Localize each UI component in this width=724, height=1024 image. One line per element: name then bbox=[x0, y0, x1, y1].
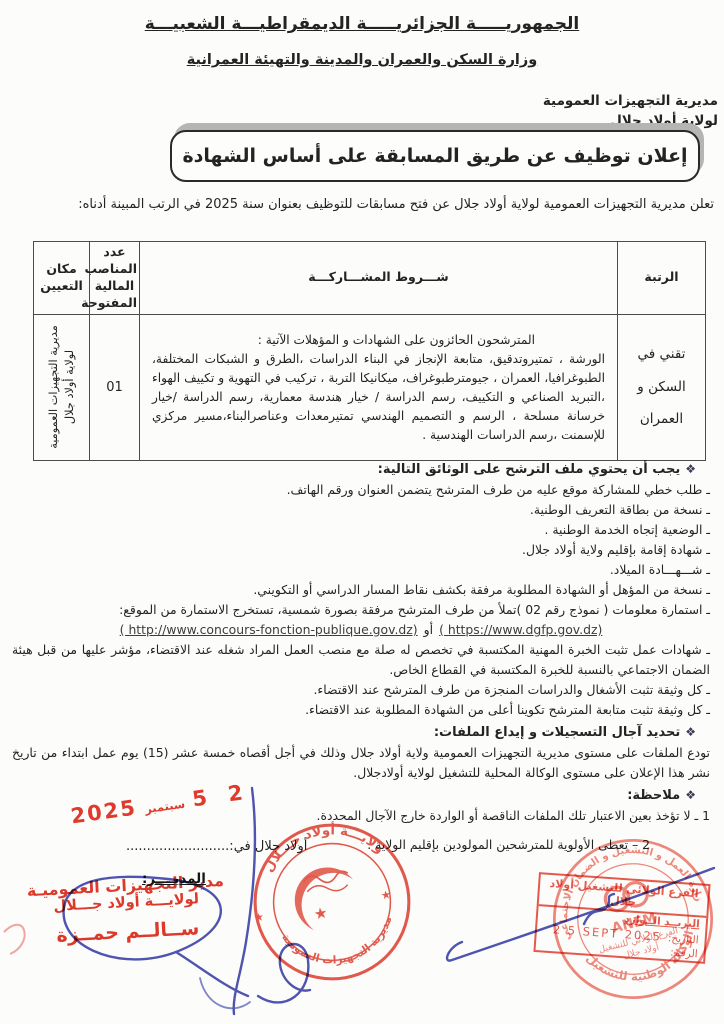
doc-item: ـ كل وثيقة تثبت متابعة المترشح تكوينا أع… bbox=[12, 700, 710, 720]
ministry-title: وزارة السكن والعمران والمدينة والتهيئة ا… bbox=[0, 52, 724, 68]
cell-rank: تقني في السكن و العمران bbox=[618, 314, 706, 460]
doc-item: ـ كل وثيقة تثبت الأشغال والدراسات المنجز… bbox=[12, 680, 710, 700]
header-positions-count: عدد المناصب المالية المفتوحة bbox=[90, 242, 140, 315]
doc-item: ـ طلب خطي للمشاركة موقع عليه من طرف المت… bbox=[12, 480, 710, 500]
announcement-box: إعلان توظيف عن طريق المسابقة على أساس ال… bbox=[170, 130, 700, 182]
doc-item: ـ نسخة من بطاقة التعريف الوطنية. bbox=[12, 500, 710, 520]
doc-item: ـ شهادات عمل تثبت الخبرة المهنية المكتسب… bbox=[12, 640, 710, 680]
star-icon: ★ bbox=[312, 903, 329, 923]
director-label: المديــــر: bbox=[142, 871, 206, 887]
doc-item: ـ شـــهـــادة الميلاد. bbox=[12, 560, 710, 580]
republic-title: الجمهوريـــــة الجزائريـــــة الديمقراطي… bbox=[0, 14, 724, 34]
announcement-title: إعلان توظيف عن طريق المسابقة على أساس ال… bbox=[182, 145, 687, 167]
url-line: ( https://www.dgfp.gov.dz)أو( http://www… bbox=[12, 620, 710, 640]
pen-stroke bbox=[200, 978, 250, 1008]
cell-conditions: المترشحون الحائزون على الشهادات و المؤهل… bbox=[140, 314, 618, 460]
mail-stamp-number-label: الرقم: bbox=[670, 946, 698, 960]
header-rank: الرتبة bbox=[618, 242, 706, 315]
stamp-directorate-arc-text: مديرية التجهيزات العمومية bbox=[278, 913, 401, 976]
doc-item: ـ الوضعية إتجاه الخدمة الوطنية . bbox=[12, 520, 710, 540]
url-separator: أو bbox=[424, 622, 433, 637]
signature-stamp-area: 2 5 سبتمبر 2025 أولاد جلال في:..........… bbox=[0, 782, 724, 1024]
svg-text:مديرية التجهيزات العمومية: مديرية التجهيزات العمومية bbox=[278, 913, 401, 976]
mail-stamp-date-label: التاريخ: bbox=[667, 932, 699, 946]
diamond-icon: ❖ bbox=[685, 462, 696, 476]
crescent-icon bbox=[290, 863, 361, 933]
conditions-body: الورشة ، تمتيروتدقيق، متابعة الإنجاز في … bbox=[152, 350, 605, 445]
pen-stroke bbox=[176, 952, 248, 996]
documents-section-title: ❖يجب أن يحتوي ملف الترشح على الوثائق الت… bbox=[12, 459, 710, 480]
table-header-row: الرتبة شـــروط المشـــاركـــة عدد المناص… bbox=[34, 242, 706, 315]
deadlines-section-title: ❖تحديد آجال التسجيلات و إيداع الملفات: bbox=[12, 722, 710, 743]
header-conditions: شـــروط المشـــاركـــة bbox=[140, 242, 618, 315]
deadlines-body: تودع الملفات على مستوى مديرية التجهيزات … bbox=[12, 743, 710, 783]
star-icon: ★ bbox=[253, 910, 265, 925]
doc-item: ـ نسخة من المؤهل أو الشهادة المطلوبة مرف… bbox=[12, 580, 710, 600]
link-dgfp: ( https://www.dgfp.gov.dz) bbox=[439, 620, 602, 640]
positions-table: الرتبة شـــروط المشـــاركـــة عدد المناص… bbox=[33, 241, 706, 461]
table-row: تقني في السكن و العمران المترشحون الحائز… bbox=[34, 314, 706, 460]
link-concours-fonction-publique: ( http://www.concours-fonction-publique.… bbox=[120, 620, 418, 640]
star-icon: ★ bbox=[380, 888, 392, 903]
cell-location: مديرية التجهيزات العمومية لولاية أولاد ج… bbox=[34, 314, 90, 460]
cell-positions-count: 01 bbox=[90, 314, 140, 460]
directorate-name: مديرية التجهيزات العمومية bbox=[543, 92, 718, 112]
wilaya-name: لولاية أولاد جلال bbox=[543, 112, 718, 132]
diamond-icon: ❖ bbox=[685, 725, 696, 739]
director-name: ســالــم حمــزة bbox=[29, 916, 227, 948]
stamp-date-month: سبتمبر bbox=[144, 797, 186, 816]
location-vertical-text: مديرية التجهيزات العمومية لولاية أولاد ج… bbox=[46, 312, 78, 462]
stamp-date-day: 2 5 bbox=[191, 780, 251, 812]
doc-item: ـ شهادة إقامة بإقليم ولاية أولاد جلال. bbox=[12, 540, 710, 560]
official-round-stamp: ولايـــة أولاد جـــلال مديرية التجهيزات … bbox=[237, 807, 427, 997]
doc-item-form: ـ استمارة معلومات ( نموذج رقم 02 )تملأ م… bbox=[12, 600, 710, 620]
red-date-stamp: 2 5 سبتمبر 2025 bbox=[69, 780, 251, 829]
conditions-intro: المترشحون الحائزون على الشهادات و المؤهل… bbox=[152, 331, 605, 350]
intro-text: تعلن مديرية التجهيزات العمومية لولاية أو… bbox=[14, 195, 714, 216]
incoming-mail-stamp: الفرع الولائي للتشغيل أولاد جلال البريــ… bbox=[533, 872, 710, 964]
scanned-document-page: الجمهوريـــــة الجزائريـــــة الديمقراطي… bbox=[0, 0, 724, 1024]
stamp-date-year: 2025 bbox=[69, 795, 138, 828]
red-smear bbox=[4, 925, 25, 954]
issuer-block: مديرية التجهيزات العمومية لولاية أولاد ج… bbox=[543, 92, 718, 131]
